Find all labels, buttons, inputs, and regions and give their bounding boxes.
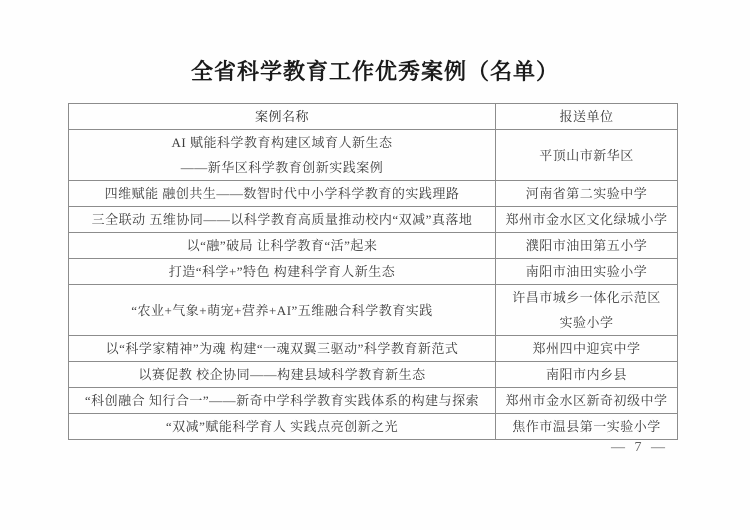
table-row: 以赛促教 校企协同——构建县域科学教育新生态 南阳市内乡县	[69, 362, 678, 388]
table-row: 以“融”破局 让科学教育“活”起来 濮阳市油田第五小学	[69, 233, 678, 259]
table-row: 打造“科学+”特色 构建科学育人新生态 南阳市油田实验小学	[69, 259, 678, 285]
unit-cell: 濮阳市油田第五小学	[496, 233, 678, 259]
page-number: — 7 —	[611, 440, 668, 456]
table-header-row: 案例名称 报送单位	[69, 104, 678, 130]
table-row: “农业+气象+萌宠+营养+AI”五维融合科学教育实践 许昌市城乡一体化示范区 实…	[69, 285, 678, 336]
document-page: 全省科学教育工作优秀案例（名单） 案例名称 报送单位 AI 赋能科学教育构建区域…	[0, 0, 750, 530]
table-row: AI 赋能科学教育构建区域育人新生态 ——新华区科学教育创新实践案例 平顶山市新…	[69, 130, 678, 181]
unit-cell: 郑州市金水区文化绿城小学	[496, 207, 678, 233]
case-name-cell: 四维赋能 融创共生——数智时代中小学科学教育的实践理路	[69, 181, 496, 207]
column-header-case-name: 案例名称	[69, 104, 496, 130]
case-name-cell: AI 赋能科学教育构建区域育人新生态 ——新华区科学教育创新实践案例	[69, 130, 496, 181]
unit-cell: 南阳市内乡县	[496, 362, 678, 388]
case-name-cell: 三全联动 五维协同——以科学教育高质量推动校内“双减”真落地	[69, 207, 496, 233]
case-name-cell: “科创融合 知行合一”——新奇中学科学教育实践体系的构建与探索	[69, 388, 496, 414]
unit-cell: 郑州四中迎宾中学	[496, 336, 678, 362]
unit-cell: 河南省第二实验中学	[496, 181, 678, 207]
table-row: 以“科学家精神”为魂 构建“一魂双翼三驱动”科学教育新范式 郑州四中迎宾中学	[69, 336, 678, 362]
unit-cell: 许昌市城乡一体化示范区 实验小学	[496, 285, 678, 336]
case-name-cell: 打造“科学+”特色 构建科学育人新生态	[69, 259, 496, 285]
case-name-cell: 以“融”破局 让科学教育“活”起来	[69, 233, 496, 259]
case-name-cell: “双减”赋能科学育人 实践点亮创新之光	[69, 414, 496, 440]
table-row: 四维赋能 融创共生——数智时代中小学科学教育的实践理路 河南省第二实验中学	[69, 181, 678, 207]
case-name-cell: 以赛促教 校企协同——构建县域科学教育新生态	[69, 362, 496, 388]
unit-cell: 郑州市金水区新奇初级中学	[496, 388, 678, 414]
column-header-unit: 报送单位	[496, 104, 678, 130]
table-row: “科创融合 知行合一”——新奇中学科学教育实践体系的构建与探索 郑州市金水区新奇…	[69, 388, 678, 414]
unit-cell: 焦作市温县第一实验小学	[496, 414, 678, 440]
unit-cell: 平顶山市新华区	[496, 130, 678, 181]
page-title: 全省科学教育工作优秀案例（名单）	[0, 59, 750, 85]
case-name-cell: “农业+气象+萌宠+营养+AI”五维融合科学教育实践	[69, 285, 496, 336]
case-name-cell: 以“科学家精神”为魂 构建“一魂双翼三驱动”科学教育新范式	[69, 336, 496, 362]
unit-cell: 南阳市油田实验小学	[496, 259, 678, 285]
cases-table: 案例名称 报送单位 AI 赋能科学教育构建区域育人新生态 ——新华区科学教育创新…	[68, 103, 678, 440]
table-row: 三全联动 五维协同——以科学教育高质量推动校内“双减”真落地 郑州市金水区文化绿…	[69, 207, 678, 233]
table-row: “双减”赋能科学育人 实践点亮创新之光 焦作市温县第一实验小学	[69, 414, 678, 440]
